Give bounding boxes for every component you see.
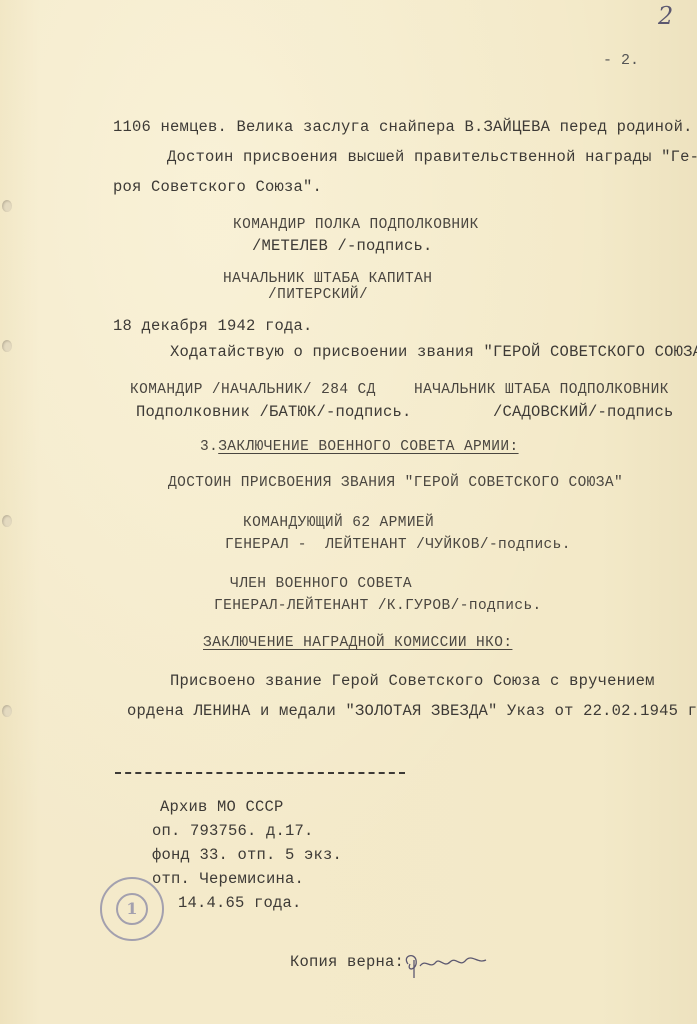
stamp-number: 1 [116,893,148,925]
division-chief-signature: /САДОВСКИЙ/-подпись [493,403,674,421]
section-3-title: ЗАКЛЮЧЕНИЕ ВОЕННОГО СОВЕТА АРМИИ: [218,439,518,455]
division-commander-signature: Подполковник /БАТЮК/-подпись. [136,403,412,421]
archive-line-2: оп. 793756. д.17. [152,822,314,840]
binding-hole [2,200,12,212]
army-commander-signature: ГЕНЕРАЛ - ЛЕЙТЕНАНТ /ЧУЙКОВ/-подпись. [225,536,571,554]
commission-heading: ЗАКЛЮЧЕНИЕ НАГРАДНОЙ КОМИССИИ НКО: [203,634,512,652]
regiment-commander-title: КОМАНДИР ПОЛКА ПОДПОЛКОВНИК [233,216,479,234]
archive-line-4: отп. Черемисина. [152,870,304,888]
binding-hole [2,340,12,352]
archive-line-1: Архив МО СССР [160,798,284,816]
chief-of-staff-name: /ПИТЕРСКИЙ/ [268,286,368,304]
archive-line-5: 14.4.65 года. [178,894,302,912]
archive-line-3: фонд 33. отп. 5 экз. [152,846,342,864]
body-line-1: 1106 немцев. Велика заслуга снайпера В.З… [113,118,693,136]
division-chief-title: НАЧАЛЬНИК ШТАБА ПОДПОЛКОВНИК [414,381,669,399]
section-3-heading: 3.ЗАКЛЮЧЕНИЕ ВОЕННОГО СОВЕТА АРМИИ: [200,438,519,456]
body-line-2: Достоин присвоения высшей правительствен… [167,148,697,166]
certification-label: Копия верна: [290,953,404,971]
date-line: 18 декабря 1942 года. [113,317,313,335]
typed-page-number: - 2. [603,52,639,69]
body-line-3: роя Советского Союза". [113,178,322,196]
archive-stamp: 1 [100,877,164,941]
regiment-commander-signature: /МЕТЕЛЕВ /-подпись. [252,237,433,255]
binding-hole [2,515,12,527]
council-member-signature: ГЕНЕРАЛ-ЛЕЙТЕНАНТ /К.ГУРОВ/-подпись. [214,597,542,615]
award-line-2: ордена ЛЕНИНА и медали "ЗОЛОТАЯ ЗВЕЗДА" … [127,702,697,720]
petition-line: Ходатайствую о присвоении звания "ГЕРОЙ … [170,343,697,361]
award-line-1: Присвоено звание Герой Советского Союза … [170,672,655,690]
section-3-number: 3. [200,439,218,455]
army-commander-title: КОМАНДУЮЩИЙ 62 АРМИЕЙ [243,514,434,532]
section-3-conclusion: ДОСТОИН ПРИСВОЕНИЯ ЗВАНИЯ "ГЕРОЙ СОВЕТСК… [168,474,623,492]
binding-hole [2,705,12,717]
council-member-title: ЧЛЕН ВОЕННОГО СОВЕТА [230,575,412,593]
handwritten-signature [400,950,490,980]
division-commander-title: КОМАНДИР /НАЧАЛЬНИК/ 284 СД [130,381,376,399]
handwritten-page-number: 2 [658,2,673,30]
separator-line [115,772,405,774]
